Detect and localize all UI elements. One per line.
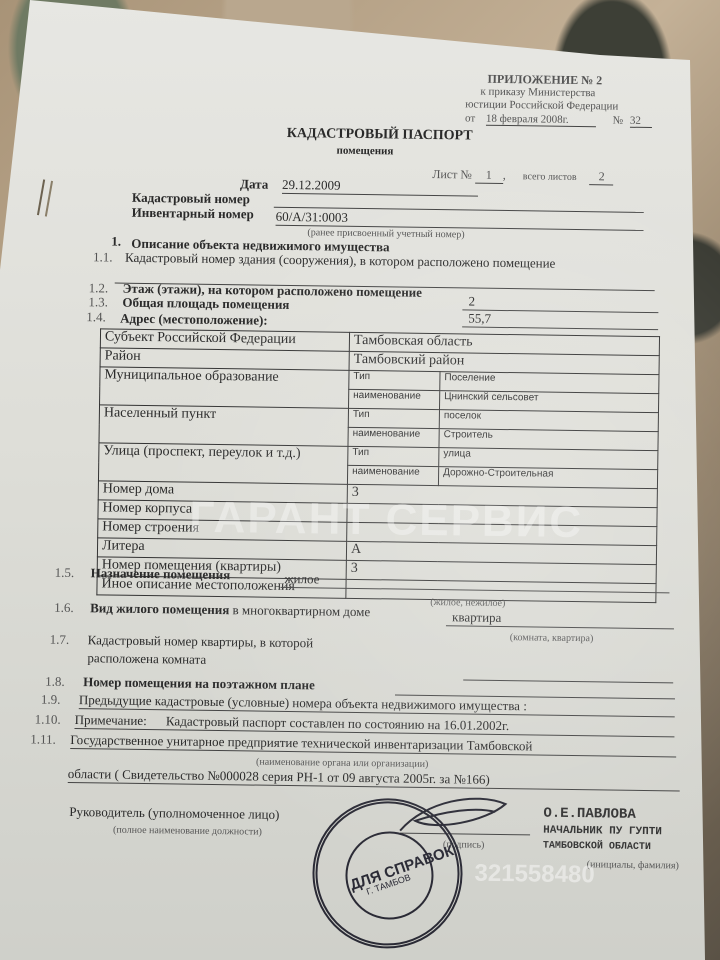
address-type-label: Тип (348, 446, 439, 466)
item-1-11-line-2: области ( Свидетельство №000028 серия РН… (68, 766, 680, 792)
stamp-position-1: НАЧАЛЬНИК ПУ ГУПТИ (543, 825, 662, 839)
document-subtitle: помещения (337, 145, 394, 158)
item-1-5-number: 1.5. (55, 565, 75, 581)
item-1-9-number: 1.9. (41, 692, 61, 708)
address-name-label: наименование (347, 465, 438, 485)
item-1-6-label-bold: Вид жилого помещения (90, 600, 229, 617)
item-1-4-number: 1.4. (86, 309, 106, 325)
appendix-from-label: от (465, 112, 475, 124)
address-table: Субъект Российской Федерации Тамбовская … (96, 328, 660, 603)
item-1-10-value: Кадастровый паспорт составлен по состоян… (166, 713, 509, 733)
item-1-6-number: 1.6. (54, 600, 74, 616)
item-1-7-line (463, 679, 673, 683)
item-1-1-number: 1.1. (93, 249, 113, 265)
appendix-number: 32 (630, 115, 652, 128)
item-1-6-hint: (комната, квартира) (510, 632, 594, 644)
address-label: Муниципальное образование (100, 367, 350, 408)
watermark-phone: 321558480 (474, 860, 595, 890)
address-type-label: Тип (348, 408, 439, 428)
appendix-line2: юстиции Российской Федерации (465, 98, 618, 112)
address-name-label: наименование (348, 427, 439, 447)
stamp-position-2: ТАМБОВСКОЙ ОБЛАСТИ (543, 841, 651, 854)
head-role-hint: (полное наименование должности) (113, 825, 262, 838)
item-1-10-number: 1.10. (35, 711, 61, 727)
appendix-number-label: № (613, 114, 624, 126)
item-1-8-number: 1.8. (45, 674, 65, 690)
item-1-8-label: Номер помещения на поэтажном плане (83, 674, 315, 693)
document-content: ПРИЛОЖЕНИЕ № 2 к приказу Министерства юс… (0, 0, 720, 960)
total-sheets: 2 (589, 169, 613, 185)
total-sheets-label: всего листов (523, 171, 577, 183)
watermark-brand: ГАРАНТ СЕРВИС (189, 493, 583, 548)
item-1-7-number: 1.7. (50, 632, 70, 648)
sheet-number: 1 (475, 168, 503, 184)
item-1-3-value: 55,7 (462, 310, 658, 330)
date-value: 29.12.2009 (282, 177, 478, 197)
address-label: Населенный пункт (99, 405, 349, 446)
inventory-number-label: Инвентарный номер (132, 205, 254, 223)
address-label: Улица (проспект, переулок и т.д.) (98, 443, 348, 484)
appendix-date: 18 февраля 2008г. (486, 113, 596, 128)
item-1-6-label-rest: в многоквартирном доме (232, 602, 370, 619)
address-type-label: Тип (349, 370, 440, 390)
item-1-11-number: 1.11. (30, 731, 56, 747)
item-1-6-value: квартира (446, 609, 674, 629)
signature-scribble (395, 791, 516, 843)
item-1-3-number: 1.3. (88, 294, 108, 310)
document-title: КАДАСТРОВЫЙ ПАСПОРТ (287, 126, 473, 145)
section-1-number: 1. (111, 234, 121, 250)
item-1-10-label: Примечание: (75, 712, 147, 728)
stamp-name: О.Е.ПАВЛОВА (543, 806, 636, 823)
item-1-5-hint: (жилое, нежилое) (430, 597, 505, 609)
item-1-1-label: Кадастровый номер здания (сооружения), в… (125, 250, 556, 272)
item-1-4-label: Адрес (местоположение): (120, 311, 268, 329)
date-label: Дата (240, 176, 268, 192)
appendix-line1: к приказу Министерства (480, 86, 595, 100)
item-1-5-label: Назначение помещения (91, 565, 231, 583)
item-1-7-label-1: Кадастровый номер квартиры, в которой (88, 632, 314, 651)
head-role-label: Руководитель (уполномоченное лицо) (69, 804, 279, 823)
item-1-7-label-2: расположена комната (87, 650, 206, 668)
address-name-label: наименование (348, 389, 439, 409)
name-hint: (инициалы, фамилия) (587, 859, 679, 871)
